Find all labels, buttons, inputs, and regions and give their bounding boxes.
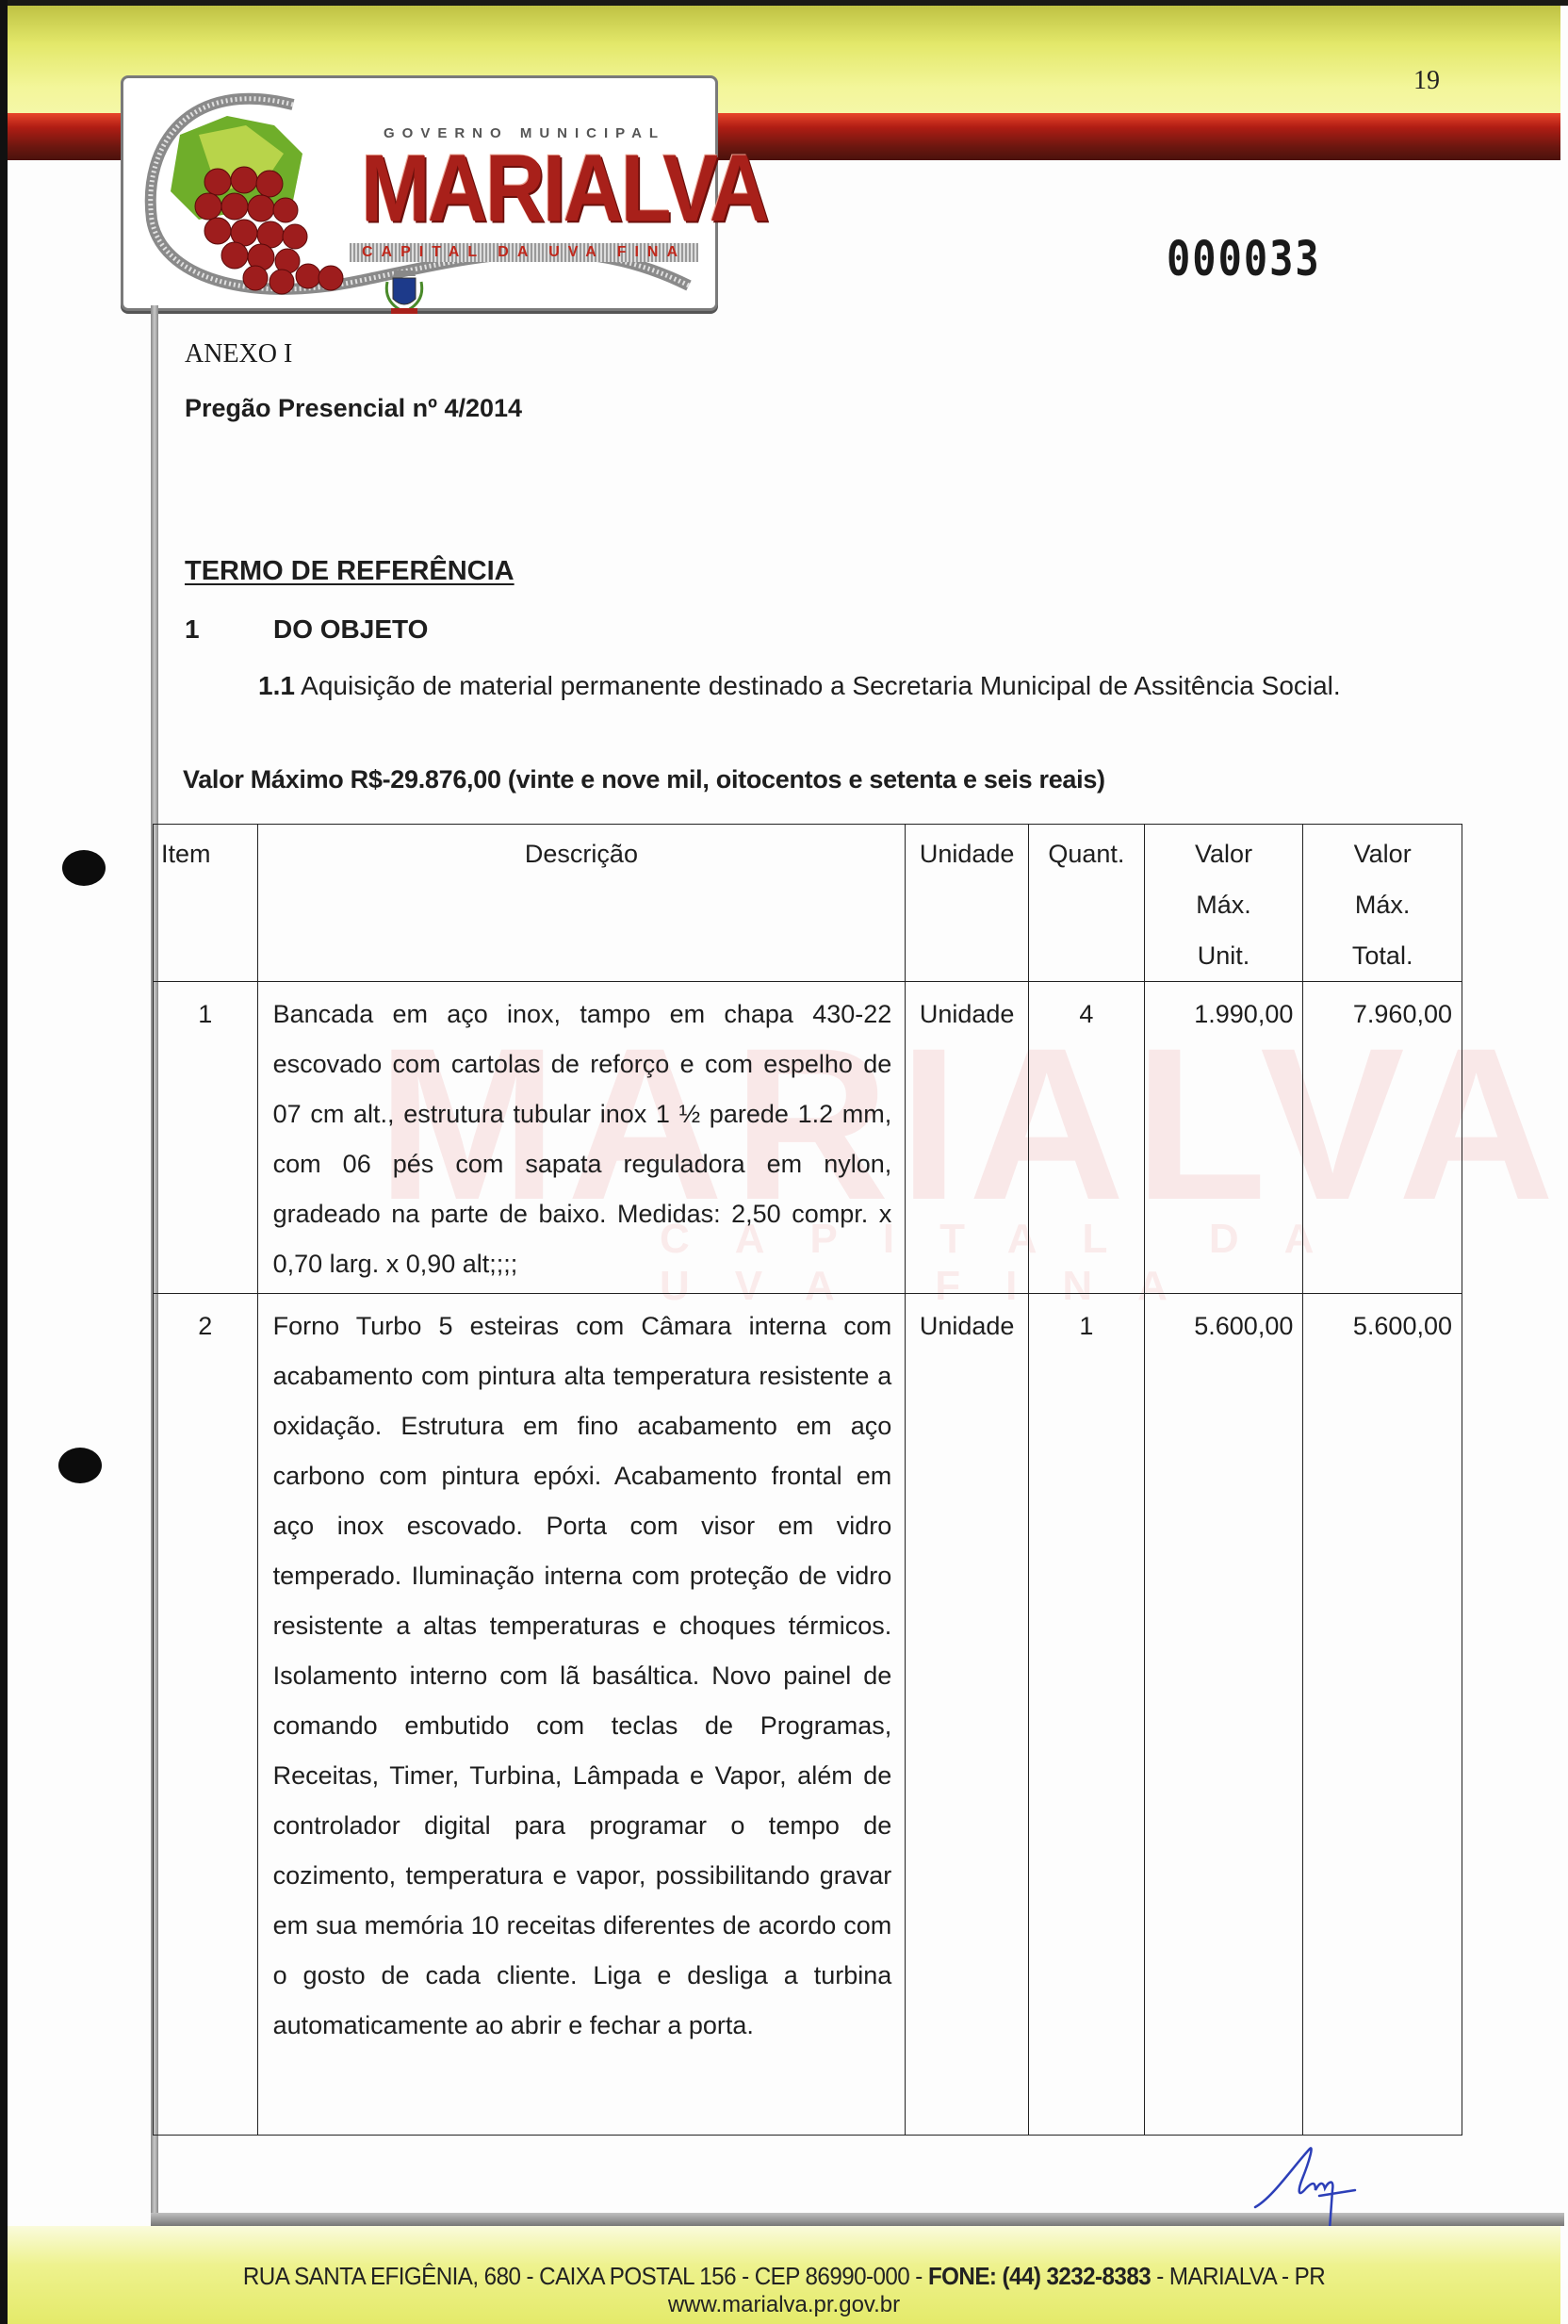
footer-street: RUA SANTA EFIGÊNIA, 680 - CAIXA POSTAL 1… <box>243 2262 928 2290</box>
cell-unit-value: 5.600,00 <box>1144 1294 1303 2136</box>
header-unit-value-line: Unit. <box>1145 930 1303 981</box>
cell-quantity: 1 <box>1029 1294 1145 2136</box>
auction-reference: Pregão Presencial nº 4/2014 <box>185 394 522 423</box>
table-header-row: Item Descrição Unidade Quant. Valor Máx.… <box>154 825 1462 982</box>
subsection-text: Aquisição de material permanente destina… <box>295 671 1341 700</box>
section-title: DO OBJETO <box>273 614 428 645</box>
footer-phone: FONE: (44) 3232-8383 <box>928 2262 1151 2290</box>
cell-description: Forno Turbo 5 esteiras com Câmara intern… <box>257 1294 906 2136</box>
cell-total-value: 5.600,00 <box>1303 1294 1462 2136</box>
description-text: Forno Turbo 5 esteiras com Câmara intern… <box>258 1294 906 2054</box>
footer-city: - MARIALVA - PR <box>1151 2262 1325 2290</box>
header-unit-value-line: Máx. <box>1145 879 1303 930</box>
grapes-icon <box>161 116 359 295</box>
cell-item: 1 <box>154 982 258 1294</box>
cell-total-value: 7.960,00 <box>1303 982 1462 1294</box>
header-total-value-line: Máx. <box>1303 879 1462 930</box>
header-total-value-line: Valor <box>1303 828 1462 879</box>
cell-description: Bancada em aço inox, tampo em chapa 430-… <box>257 982 906 1294</box>
cell-quantity: 4 <box>1029 982 1145 1294</box>
scan-edge <box>0 0 8 2324</box>
header-unit-value: Valor Máx. Unit. <box>1144 825 1303 982</box>
cell-item: 2 <box>154 1294 258 2136</box>
footer-address: RUA SANTA EFIGÊNIA, 680 - CAIXA POSTAL 1… <box>55 2262 1513 2291</box>
logo-tagline: CAPITAL DA UVA FINA <box>350 243 698 262</box>
municipal-logo: GOVERNO MUNICIPAL MARIALVA CAPITAL DA UV… <box>121 75 718 311</box>
header-total-value: Valor Máx. Total. <box>1303 825 1462 982</box>
annex-title: ANEXO I <box>185 339 292 369</box>
binder-hole <box>62 850 106 886</box>
cell-unit-value: 1.990,00 <box>1144 982 1303 1294</box>
header-item: Item <box>154 825 258 982</box>
coat-of-arms-icon <box>384 267 425 316</box>
header-description: Descrição <box>257 825 906 982</box>
page-number: 19 <box>1413 66 1440 96</box>
cell-unit: Unidade <box>906 1294 1029 2136</box>
section-heading: TERMO DE REFERÊNCIA <box>185 556 514 587</box>
subsection-1-1: 1.1 Aquisição de material permanente des… <box>258 671 1341 701</box>
logo-city-name: MARIALVA <box>361 135 767 244</box>
footer-website: www.marialva.pr.gov.br <box>0 2292 1568 2318</box>
subsection-number: 1.1 <box>258 671 295 700</box>
table-row: 1 Bancada em aço inox, tampo em chapa 43… <box>154 982 1462 1294</box>
maximum-value: Valor Máximo R$-29.876,00 (vinte e nove … <box>183 765 1105 794</box>
document-stamp-number: 000033 <box>1167 231 1321 286</box>
table-row: 2 Forno Turbo 5 esteiras com Câmara inte… <box>154 1294 1462 2136</box>
header-unit: Unidade <box>906 825 1029 982</box>
description-text: Bancada em aço inox, tampo em chapa 430-… <box>258 982 906 1293</box>
cell-unit: Unidade <box>906 982 1029 1294</box>
binder-hole <box>58 1448 102 1483</box>
header-unit-value-line: Valor <box>1145 828 1303 879</box>
items-table: Item Descrição Unidade Quant. Valor Máx.… <box>153 824 1462 2136</box>
header-quantity: Quant. <box>1029 825 1145 982</box>
section-number: 1 <box>185 614 200 645</box>
header-total-value-line: Total. <box>1303 930 1462 981</box>
